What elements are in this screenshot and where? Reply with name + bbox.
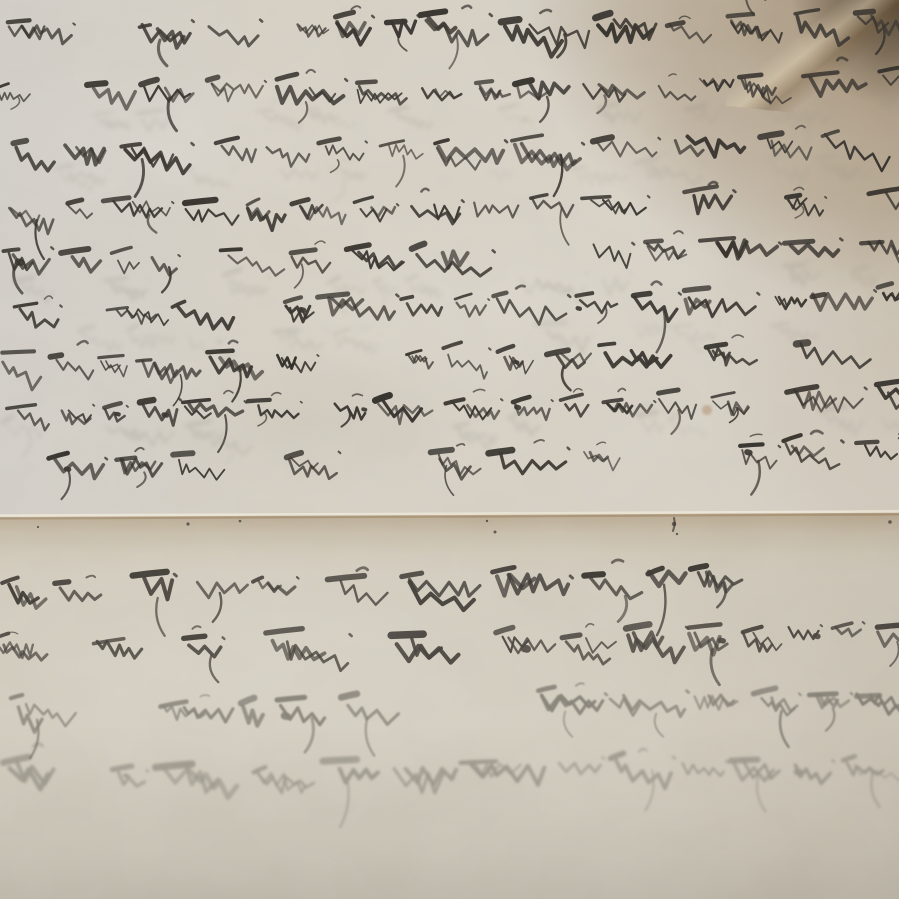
paper-texture-noise-blotch <box>0 0 899 899</box>
manuscript-photo <box>0 0 899 899</box>
handwriting-ink-layer <box>0 0 899 899</box>
